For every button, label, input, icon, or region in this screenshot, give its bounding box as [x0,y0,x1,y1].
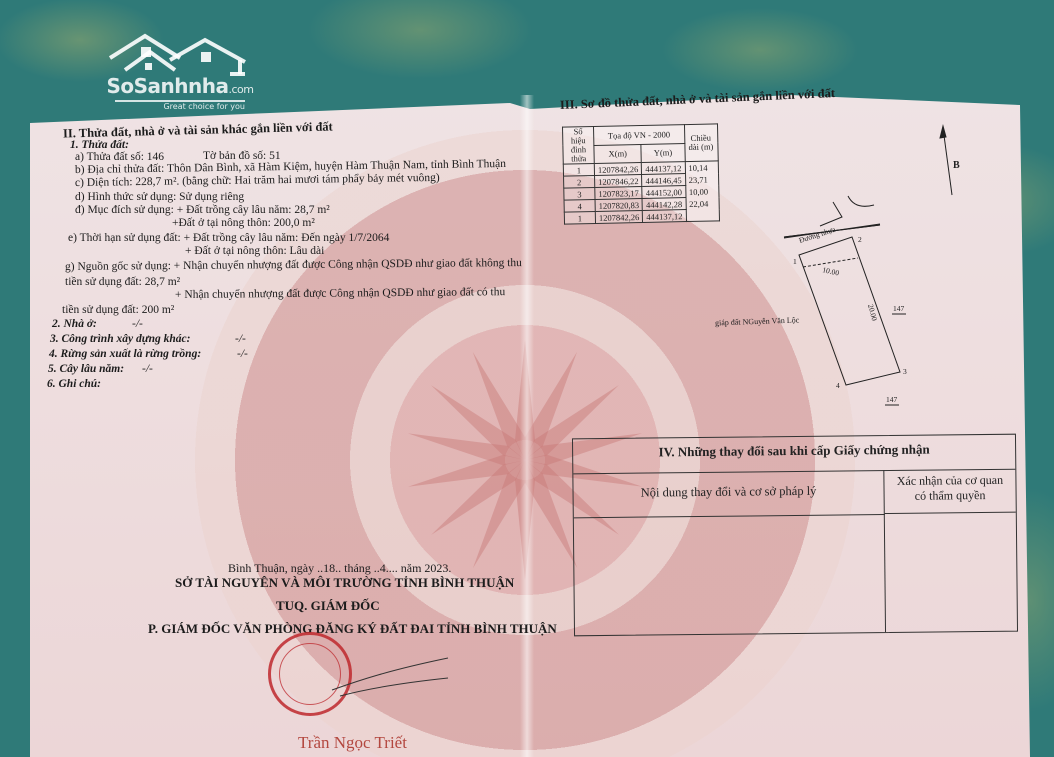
changes-column-confirmation: Xác nhận của cơ quan có thẩm quyền [884,469,1015,514]
watermark-brand: SoSanhnha.com [105,74,255,98]
usage-term-2: + Đất ở tại nông thôn: Lâu dài [185,245,324,257]
item-perennial-value: -/- [142,363,153,375]
item-notes-label: 6. Ghi chú: [47,378,101,390]
usage-purpose-2: +Đất ở tại nông thôn: 200,0 m² [172,217,315,229]
road-label: Đường nhựa [798,224,837,244]
usage-origin-2b: tiền sử dụng đất: 200 m² [62,304,174,316]
north-label: B [953,160,960,171]
changes-column-content: Nội dung thay đổi và cơ sở pháp lý [573,470,884,518]
issue-date: Bình Thuận, ngày ..18.. tháng ..4.... nă… [228,561,451,576]
signer-office: P. GIÁM ĐỐC VĂN PHÒNG ĐĂNG KÝ ĐẤT ĐAI TỈ… [148,621,557,637]
vertex-1: 1 [793,257,797,266]
usage-form: d) Hình thức sử dụng: Sử dụng riêng [75,191,244,203]
header-y: Y(m) [641,143,685,162]
parcel-number: a) Thửa đất số: 146 [75,151,164,163]
map-sheet: Tờ bản đồ số: 51 [203,150,281,162]
changes-table: IV. Những thay đổi sau khi cấp Giấy chứn… [572,434,1018,637]
neighbor-south: 147 [886,395,898,404]
item-house-value: -/- [132,318,143,330]
land-heading: 1. Thửa đất: [70,139,129,151]
watermark-tagline: Great choice for you [105,102,255,111]
page-fold [520,95,534,757]
vertex-3: 3 [903,367,907,376]
item-forest-label: 4. Rừng sản xuất là rừng trồng: [49,348,201,360]
header-x: X(m) [594,144,642,163]
vertex-4: 4 [836,381,840,390]
header-point: Số hiệu đỉnh thửa [563,126,595,164]
issuing-agency: SỞ TÀI NGUYÊN VÀ MÔI TRƯỜNG TỈNH BÌNH TH… [175,575,514,591]
watermark-logo: SoSanhnha.com Great choice for you [105,30,255,111]
item-forest-value: -/- [237,348,248,360]
usage-purpose-1: đ) Mục đích sử dụng: + Đất trồng cây lâu… [75,204,330,216]
signer-role: TUQ. GIÁM ĐỐC [276,598,380,614]
usage-term-1: e) Thời hạn sử dụng đất: + Đất trồng cây… [68,232,389,244]
header-length: Chiều dài (m) [684,124,718,162]
parcel-sketch: B Đường nhựa 10.00 20.00 147 147 1 2 3 4 [760,110,1054,410]
item-other-construction-label: 3. Công trình xây dựng khác: [50,333,190,345]
house-logo-icon [105,30,255,78]
section-4-title: IV. Những thay đổi sau khi cấp Giấy chứn… [573,435,1015,475]
item-house-label: 2. Nhà ở: [52,318,97,330]
header-coord: Tọa độ VN - 2000 [593,125,684,145]
neighbor-east: 147 [893,304,905,313]
vertex-2: 2 [858,235,862,244]
usage-origin-1b: tiền sử dụng đất: 28,7 m² [65,276,180,288]
item-other-construction-value: -/- [235,333,246,345]
signer-name: Trần Ngọc Triết [298,733,407,753]
length-label: 20.00 [866,303,879,322]
table-row: 1 1207842,26 444137,12 [564,209,719,224]
item-perennial-label: 5. Cây lâu năm: [48,363,124,375]
width-label: 10.00 [822,265,841,277]
signature-scribble [330,650,450,700]
coordinates-table: Số hiệu đỉnh thửa Tọa độ VN - 2000 Chiều… [562,123,720,224]
